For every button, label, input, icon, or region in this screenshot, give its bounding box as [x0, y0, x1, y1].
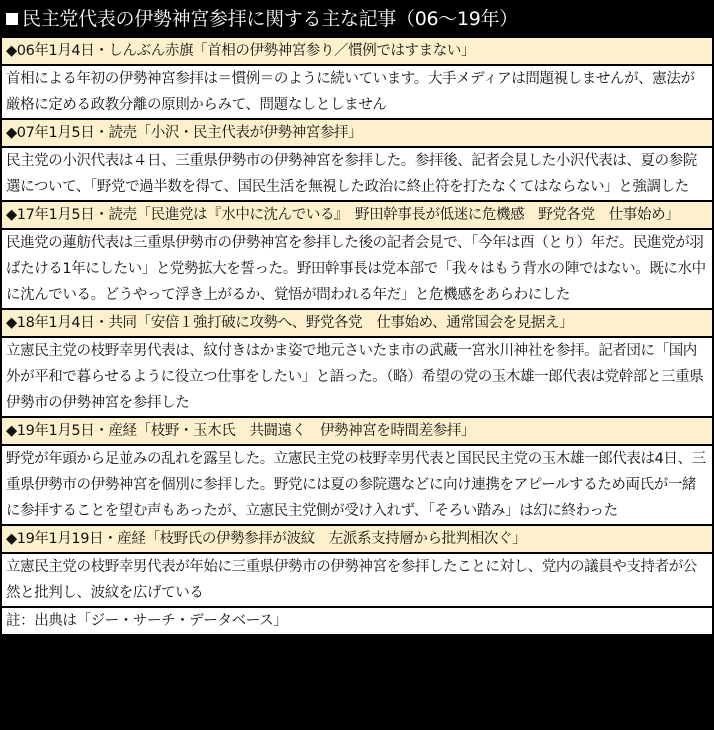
article-heading: ◆18年1月4日・共同「安倍１強打破に攻勢へ、野党各党 仕事始め、通常国会を見据… — [2, 310, 712, 336]
article-heading: ◆19年1月19日・産経「枝野氏の伊勢参拝が波紋 左派系支持層から批判相次ぐ」 — [2, 526, 712, 552]
article-body: 立憲民主党の枝野幸男代表が年始に三重県伊勢市の伊勢神宮を参拝したことに対し、党内… — [2, 554, 712, 606]
article-heading: ◆19年1月5日・産経「枝野・玉木氏 共闘遠く 伊勢神宮を時間差参拝」 — [2, 418, 712, 444]
table-title: 民主党代表の伊勢神宮参拝に関する主な記事（06～19年） — [0, 0, 714, 38]
article-list: ◆06年1月4日・しんぶん赤旗「首相の伊勢神宮参り／慣例ではすまない」 首相によ… — [2, 38, 712, 634]
source-note: 註：出典は「ジー・サーチ・データベース」 — [2, 608, 712, 634]
article-heading: ◆17年1月5日・読売「民進党は『水中に沈んでいる』 野田幹事長が低迷に危機感 … — [2, 202, 712, 228]
title-text: 民主党代表の伊勢神宮参拝に関する主な記事（06～19年） — [22, 8, 518, 30]
article-body: 首相による年初の伊勢神宮参拝は＝慣例＝のように続いています。大手メディアは問題視… — [2, 66, 712, 118]
article-body: 立憲民主党の枝野幸男代表は、紋付きはかま姿で地元さいたま市の武蔵一宮氷川神社を参… — [2, 338, 712, 416]
article-body: 民主党の小沢代表は４日、三重県伊勢市の伊勢神宮を参拝した。参拝後、記者会見した小… — [2, 148, 712, 200]
article-body: 野党が年頭から足並みの乱れを露呈した。立憲民主党の枝野幸男代表と国民民主党の玉木… — [2, 446, 712, 524]
article-table-figure: 民主党代表の伊勢神宮参拝に関する主な記事（06～19年） ◆06年1月4日・しん… — [0, 0, 714, 730]
black-square-bullet-icon — [6, 13, 18, 25]
article-body: 民進党の蓮舫代表は三重県伊勢市の伊勢神宮を参拝した後の記者会見で、「今年は酉（と… — [2, 230, 712, 308]
article-heading: ◆07年1月5日・読売「小沢・民主代表が伊勢神宮参拝」 — [2, 120, 712, 146]
article-heading: ◆06年1月4日・しんぶん赤旗「首相の伊勢神宮参り／慣例ではすまない」 — [2, 38, 712, 64]
